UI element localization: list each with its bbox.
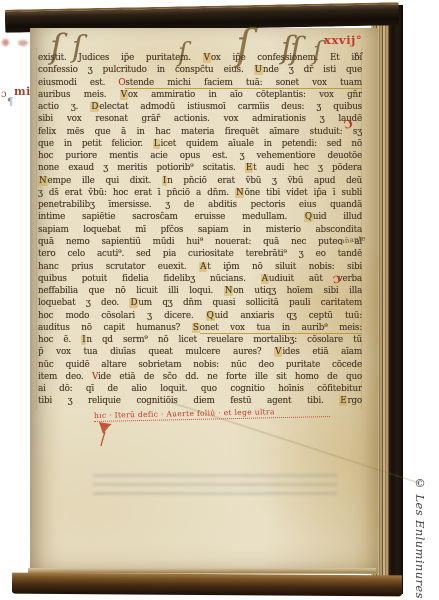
rubric-note: hıc · Iterū defic · Auerte foliū · et le… bbox=[94, 406, 330, 422]
text-line: hanc prius scrutator euexit. At ip̄m nō … bbox=[38, 261, 362, 273]
text-line: tero celo acuti⁹. sed pia curiositate te… bbox=[38, 248, 362, 260]
folio-number: xxvij° bbox=[324, 33, 362, 47]
text-line: ʒ ds̄ erat v̄bū: hoc erat ī pn̄ciō a dn̄… bbox=[38, 187, 362, 199]
text-line: eiusmodi est. Ostende michi faciem tuā: … bbox=[38, 77, 362, 89]
manicule-icon bbox=[96, 419, 116, 449]
ink-smudge bbox=[18, 40, 28, 46]
text-line: sapiam loquebat̄ mī pfc̄os sapiam in mis… bbox=[38, 224, 362, 236]
text-line: ai dō: qī de alio loquit̄. quo cognitio … bbox=[38, 383, 362, 395]
text-line: confessio ʒ pulcritudo in conspc̄tu eius… bbox=[38, 64, 362, 76]
text-line: sibi vox resonat grār̄ actionis. vox adm… bbox=[38, 113, 362, 125]
show-through-text bbox=[93, 469, 337, 495]
text-line: actio ʒ. Delectat̄ admodū istiusmoī carm… bbox=[38, 101, 362, 113]
paraph-icon bbox=[332, 274, 342, 286]
text-line: felix mēs que ā in hac materia firequēt … bbox=[38, 126, 362, 138]
text-line: neffabilia que nō licuit illi loqui. Non… bbox=[38, 285, 362, 297]
paraph-icon bbox=[7, 97, 13, 108]
text-line: p̄ vox tua diuīas queat mulcere aures? V… bbox=[38, 346, 362, 358]
text-line: nūc quidē altare sobrietam nobis: nūc de… bbox=[38, 359, 362, 371]
manuscript-page: xxvij° A° existit. Judices ip̄e puritate… bbox=[30, 28, 378, 574]
text-line: hoc puriore mentis acie opus est. ʒ vehe… bbox=[38, 150, 362, 162]
binding-bottom-edge bbox=[12, 573, 402, 597]
margin-note: pn̄apie bbox=[340, 234, 367, 245]
text-line: quā nemo sapientiū mūdi hui⁹ nouerat: qu… bbox=[38, 236, 362, 248]
text-line: item deo. Vide etiā de sc̄o dd̄. ne fort… bbox=[38, 371, 362, 383]
manuscript-photo: ɔ mi° xxvij° A° existit. Judices ip̄e pu… bbox=[0, 0, 439, 600]
text-line: auditus nō capit humanus? Sonet vox tua … bbox=[38, 322, 362, 334]
facing-page-gutter: ɔ mi° bbox=[0, 27, 33, 576]
text-line: loquebat̄ ʒ deo. Dum qʒ dn̄m quasi solli… bbox=[38, 297, 362, 309]
text-block: existit. Judices ip̄e puritatem. Vox ip̄… bbox=[38, 52, 362, 408]
text-line: none exaud ʒ meritis potiorib⁹ scitatis.… bbox=[38, 162, 362, 174]
text-line: hoc ē. In qd̄ serm⁹ nō licet reuelare mo… bbox=[38, 334, 362, 346]
text-line: existit. Judices ip̄e puritatem. Vox ip̄… bbox=[38, 52, 362, 64]
text-line: hoc modo cōsolari ʒ dicere. Quid anxiari… bbox=[38, 310, 362, 322]
open-book: ɔ mi° xxvij° A° existit. Judices ip̄e pu… bbox=[0, 5, 403, 594]
ruling-line bbox=[36, 48, 37, 410]
ink-smudge bbox=[2, 39, 9, 46]
text-line: quibus potuit fidelia fidelibʒ nūcians. … bbox=[38, 273, 362, 285]
text-line: penetrabilibʒ īmersisse. ʒ de abditis pe… bbox=[38, 199, 362, 211]
text-line: intime sapiētie sacrosc̄am eruisse medul… bbox=[38, 211, 362, 223]
text-line: auribus meis. Vox ammiratio in aīo cōtep… bbox=[38, 89, 362, 101]
text-line: que in petit felicior. Licet quidem aīua… bbox=[38, 138, 362, 150]
text-line: Nempe ille qui dixit. In pn̄ciō erat v̄b… bbox=[38, 175, 362, 187]
copyright-watermark: © Les Enluminures bbox=[413, 476, 427, 600]
gutter-fragment: ɔ bbox=[1, 89, 7, 100]
